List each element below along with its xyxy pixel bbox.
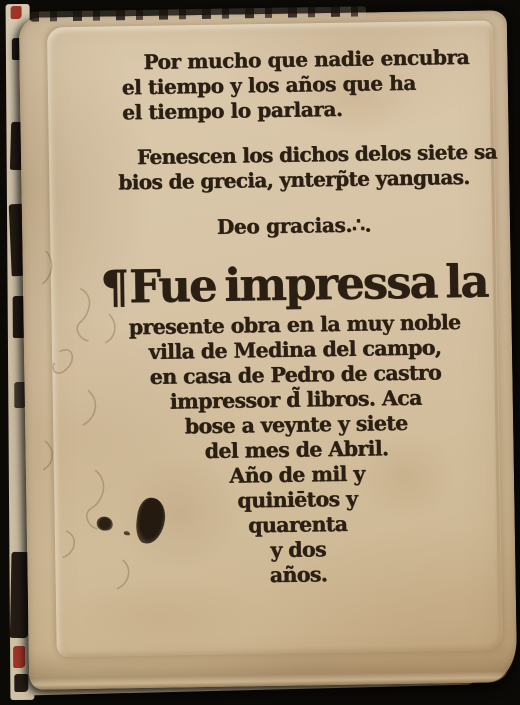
verse-block: Por mucho que nadie encubra el tiempo y … xyxy=(121,45,470,125)
colophon-block: ¶Fue impressa la presente obra en la muy… xyxy=(23,256,516,592)
page: Por mucho que nadie encubra el tiempo y … xyxy=(19,10,517,690)
waste-text-fragment xyxy=(11,6,22,19)
colophon-heading-text: Fue impressa la xyxy=(129,255,488,314)
verse-line: el tiempo lo parlara. xyxy=(122,95,470,125)
colophon-heading: ¶Fue impressa la xyxy=(77,256,512,313)
explicit-line: bios de grecia, ynterp̃te yanguas. xyxy=(118,164,497,195)
page-stain xyxy=(179,645,440,689)
waste-text-fragment xyxy=(14,674,28,692)
explicit-block: Fenescen los dichos delos siete sa bios … xyxy=(118,139,498,195)
colophon-lines: presente obra en la muy noble villa de M… xyxy=(77,309,515,591)
book-photo: Por mucho que nadie encubra el tiempo y … xyxy=(0,0,520,705)
deo-gracias-line: Deo gracias.∴. xyxy=(22,210,510,242)
waste-text-fragment xyxy=(13,646,25,668)
ink-blot-small xyxy=(97,516,113,530)
pilcrow-mark: ¶ xyxy=(100,260,127,313)
